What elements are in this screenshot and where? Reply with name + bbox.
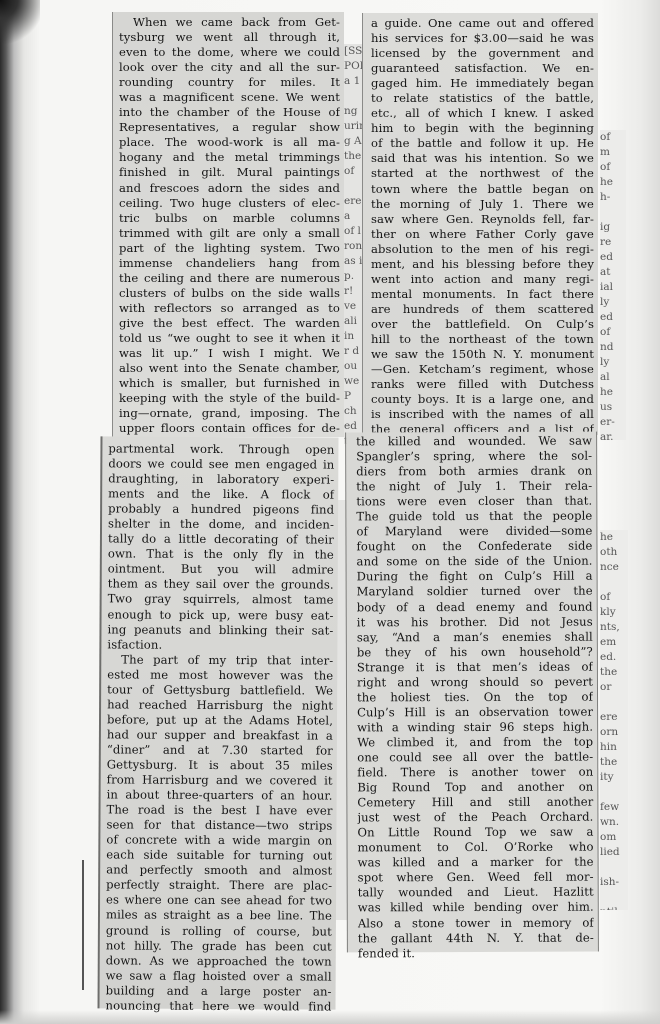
text-line: hill to the northeast of the town xyxy=(371,332,594,347)
text-line: and some on the side of the Union. xyxy=(357,554,593,570)
text-line: perfectly straight. There are plac- xyxy=(106,878,332,894)
clipping-bottom-right: the killed and wounded. We sawSpangler’s… xyxy=(345,432,599,953)
partial-clipping-fragment-right-bottom: heothnce ofklynts,emed.theor ereornhinth… xyxy=(600,530,628,910)
fragment-text: orn xyxy=(600,725,628,740)
text-line: The part of my trip that inter- xyxy=(107,652,333,668)
text-line: tour of Gettysburg battlefield. We xyxy=(107,682,333,698)
text-line: him to begin with the beginning xyxy=(371,121,594,136)
text-line: before, put up at the Adams Hotel, xyxy=(107,712,333,728)
text-line: gaged him. He immediately began xyxy=(371,76,594,91)
text-line: and frescoes adorn the sides and xyxy=(119,181,340,196)
text-line: right and wrong should so pevert xyxy=(357,674,593,690)
text-line: with reflectors so arranged as to xyxy=(119,301,340,316)
text-line: said that was his intention. So we xyxy=(371,151,594,166)
fragment-text: the xyxy=(600,665,628,680)
text-line: Gettysburg. It is about 35 miles xyxy=(107,757,333,773)
fragment-text: ng xyxy=(344,104,362,119)
text-line: ested me most however was the xyxy=(107,667,333,683)
text-line: of Maryland were divided—some xyxy=(356,524,592,540)
text-line: is inscribed with the names of all xyxy=(371,407,594,422)
fragment-text: [SSI xyxy=(344,44,362,59)
text-line: told us “we ought to see it when it xyxy=(119,331,340,346)
fragment-text xyxy=(600,575,628,590)
text-line: one could see all over the battle- xyxy=(357,750,593,766)
text-line: down. As we approached the town xyxy=(106,953,332,969)
fragment-text: ish- xyxy=(600,875,628,890)
text-line: saw where Gen. Reynolds fell, far- xyxy=(371,212,594,227)
fragment-text: lied xyxy=(600,845,628,860)
text-line: ther on where Father Corly gave xyxy=(371,227,594,242)
text-line: hogany and the metal trimmings xyxy=(119,150,340,165)
fragment-text: of xyxy=(600,160,626,175)
text-line: of the battle and follow it up. He xyxy=(371,136,594,151)
text-line: nouncing that here we would find xyxy=(105,998,331,1014)
text-line: upper floors contain offices for de- xyxy=(119,421,340,436)
text-line: to relate statistics of the battle, xyxy=(371,91,594,106)
fragment-text xyxy=(344,179,362,194)
text-line: tysburg we went all through it, xyxy=(119,30,340,45)
fragment-text: of xyxy=(600,325,626,340)
text-line: seen for that distance—two strips xyxy=(106,818,332,834)
fragment-text: p. xyxy=(344,269,362,284)
text-line: ment, and his blessing before they xyxy=(371,257,594,272)
fragment-text: h- xyxy=(600,190,626,205)
text-line: draughting, in laboratory experi- xyxy=(108,472,334,488)
text-line: went into action and many regi- xyxy=(371,272,594,287)
text-line: clusters of bulbs on the side walls xyxy=(119,286,340,301)
text-line: just west of the Peach Orchard. xyxy=(357,810,593,826)
text-line: Culp’s Hill is an observation tower xyxy=(357,704,593,720)
fragment-text: ali xyxy=(344,314,362,329)
fragment-text xyxy=(344,89,362,104)
text-line: “diner” and at 7.30 started for xyxy=(107,742,333,758)
text-line: etc., all of which I knew. I asked xyxy=(371,106,594,121)
text-line: During the fight on Culp’s Hill a xyxy=(357,569,593,585)
text-line: field. There is another tower on xyxy=(357,765,593,781)
text-line: Also a stone tower in memory of xyxy=(358,915,594,931)
text-line: had our supper and breakfast in a xyxy=(107,727,333,743)
text-line: partmental work. Through open xyxy=(108,441,334,457)
text-line: each side suitable for turning out xyxy=(106,848,332,864)
text-line: The road is the best I have ever xyxy=(107,803,333,819)
text-line: probably a hundred pigeons find xyxy=(108,502,334,518)
text-line: ointment. But you will admire xyxy=(108,562,334,578)
text-line: miles as straight as a bee line. The xyxy=(106,908,332,924)
text-line: which is smaller, but furnished in xyxy=(119,376,340,391)
fragment-text: of xyxy=(344,164,362,179)
text-line: we saw a flag hoisted over a small xyxy=(106,968,332,984)
text-line: it was his brother. Did not Jesus xyxy=(357,614,593,630)
partial-clipping-fragment-middle-top: [SSIPORTa 1 nguring Atheof ereaof lronas… xyxy=(344,44,362,444)
text-line: Cemetery Hill and still another xyxy=(357,795,593,811)
fragment-text: ly xyxy=(600,295,626,310)
text-line: Representatives, a regular show xyxy=(119,120,340,135)
text-line: the killed and wounded. We saw xyxy=(356,434,592,450)
fragment-text: at xyxy=(600,265,626,280)
text-line: with a winding stair 96 steps high. xyxy=(357,719,593,735)
text-line: shelter in the dome, and inciden- xyxy=(108,517,334,533)
fragment-text: nts, xyxy=(600,620,628,635)
text-line: the ceiling and there are numerous xyxy=(119,271,340,286)
text-line: Maryland soldier turned over the xyxy=(357,584,593,600)
fragment-text: ere xyxy=(344,194,362,209)
text-line: was killed while bending over him. xyxy=(358,900,594,916)
fragment-text: PORT xyxy=(344,59,362,74)
text-line: them as they sail over the grounds. xyxy=(108,577,334,593)
text-line: his services for $3.00—said he was xyxy=(371,31,594,46)
fragment-text: ig xyxy=(600,220,626,235)
text-line: look over the city and all the sur- xyxy=(119,60,340,75)
text-line: had reached Harrisburg the night xyxy=(107,697,333,713)
fragment-text xyxy=(600,205,626,220)
fragment-text: ve xyxy=(344,299,362,314)
binding-edge xyxy=(82,860,84,990)
text-line: not hilly. The grade has been cut xyxy=(106,938,332,954)
text-line: diers from both armies drank on xyxy=(356,464,592,480)
text-line: Spangler’s spring, where the sol- xyxy=(356,449,592,465)
text-line: ground is rolling of course, but xyxy=(106,923,332,939)
fragment-text: oth xyxy=(600,545,628,560)
text-line: ing—ornate, grand, imposing. The xyxy=(119,406,340,421)
fragment-text: few xyxy=(600,800,628,815)
text-line: part of the lighting system. Two xyxy=(119,241,340,256)
text-line: say, “And a man’s enemies shall xyxy=(357,629,593,645)
text-line: —Gen. Ketcham’s regiment, whose xyxy=(371,362,594,377)
text-line: started at the northwest of the xyxy=(371,166,594,181)
fragment-text: om xyxy=(600,830,628,845)
text-line: into the chamber of the House of xyxy=(119,105,340,120)
fragment-text: al xyxy=(600,370,626,385)
fragment-text: he xyxy=(600,530,628,545)
text-line: county boys. It is a large one, and xyxy=(371,392,594,407)
text-line: and perfectly smooth and almost xyxy=(106,863,332,879)
fragment-text: r d xyxy=(344,344,362,359)
text-line: tions were even closer than that. xyxy=(356,494,592,510)
text-line: place. The wood-work is all ma- xyxy=(119,135,340,150)
text-line: Big Round Top and another on xyxy=(357,780,593,796)
text-line: fended it. xyxy=(358,945,594,961)
fragment-text: of xyxy=(600,590,628,605)
text-line: keeping with the style of the build- xyxy=(119,391,340,406)
fragment-text: urin xyxy=(344,119,362,134)
fragment-text: ar. xyxy=(600,430,626,440)
text-line: the gallant 44th N. Y. that de- xyxy=(358,930,594,946)
text-line: finished in gilt. Mural paintings xyxy=(119,165,340,180)
fragment-text: a xyxy=(344,209,362,224)
text-line: was killed and a marker for the xyxy=(358,855,594,871)
text-line: enough to pick up, were busy eat- xyxy=(108,607,334,623)
text-line: tric bulbs on marble columns xyxy=(119,211,340,226)
text-line: a guide. One came out and offered xyxy=(371,16,594,31)
text-line: give the best effect. The warden xyxy=(119,316,340,331)
fragment-text: ed xyxy=(600,250,626,265)
fragment-text: of xyxy=(600,130,626,145)
text-line: also went into the Senate chamber, xyxy=(119,361,340,376)
text-line: ceiling. Two huge clusters of elec- xyxy=(119,196,340,211)
fragment-text xyxy=(600,890,628,905)
fragment-text: ed. xyxy=(600,650,628,665)
fragment-text: P xyxy=(344,389,362,404)
fragment-text: wn. xyxy=(600,815,628,830)
fragment-text: in xyxy=(344,329,362,344)
partial-clipping-fragment-right-top: ofmofheh- igreedatiallyedofndlyalheuser-… xyxy=(600,130,626,440)
text-line: even to the dome, where we could xyxy=(119,45,340,60)
text-line: ranks were filled with Dutchess xyxy=(371,377,594,392)
fragment-text: of l xyxy=(344,224,362,239)
fragment-text: ial xyxy=(600,280,626,295)
text-line: was a magnificent scene. We went xyxy=(119,90,340,105)
fragment-text: er- xyxy=(600,415,626,430)
text-line: ing peanuts and blinking their sat- xyxy=(107,622,333,638)
text-line: be they of his own household”? xyxy=(357,644,593,660)
fragment-text xyxy=(600,695,628,710)
text-line: ments and the like. A flock of xyxy=(108,487,334,503)
text-line: own. That is the only fly in the xyxy=(108,547,334,563)
fragment-text: or xyxy=(600,680,628,695)
fragment-text: em xyxy=(600,635,628,650)
fragment-text: he xyxy=(600,385,626,400)
text-line: fought on the Confederate side xyxy=(356,539,592,555)
fragment-text xyxy=(600,860,628,875)
fragment-text: m xyxy=(600,145,626,160)
fragment-text: ch xyxy=(344,404,362,419)
text-line: are hundreds of them scattered xyxy=(371,302,594,317)
text-line: was lit up.” I wish I might. We xyxy=(119,346,340,361)
text-line: mental monuments. In fact there xyxy=(371,287,594,302)
text-line: monument to Col. O’Rorke who xyxy=(358,840,594,856)
clipping-top-right: a guide. One came out and offeredhis ser… xyxy=(362,13,598,435)
text-line: We climbed it, and from the top xyxy=(357,735,593,751)
fragment-text: nd xyxy=(600,340,626,355)
text-line: es where one can see ahead for two xyxy=(106,893,332,909)
text-line: spot where Gen. Weed fell mor- xyxy=(358,870,594,886)
fragment-text: ly xyxy=(600,355,626,370)
fragment-text: nce xyxy=(600,560,628,575)
fragment-text: we xyxy=(344,374,362,389)
text-line: immense chandeliers hang from xyxy=(119,256,340,271)
clipping-top-left: When we came back from Get-tysburg we we… xyxy=(112,12,344,437)
fragment-text: r! xyxy=(344,284,362,299)
text-line: isfaction. xyxy=(107,637,333,653)
fragment-text: ou xyxy=(344,359,362,374)
text-line: tally wounded and Lieut. Hazlitt xyxy=(358,885,594,901)
text-line: building and a large poster an- xyxy=(106,983,332,999)
text-line: from Harrisburg and we covered it xyxy=(107,772,333,788)
text-line: the morning of July 1. There we xyxy=(371,197,594,212)
fragment-text xyxy=(600,785,628,800)
fragment-text: kly xyxy=(600,605,628,620)
fragment-text: ntil xyxy=(600,905,628,910)
fragment-text: he xyxy=(600,175,626,190)
text-line: absolution to the men of his regi- xyxy=(371,242,594,257)
fragment-text: hin xyxy=(600,740,628,755)
text-line: Strange it is that men’s ideas of xyxy=(357,659,593,675)
text-line: body of a dead enemy and found xyxy=(357,599,593,615)
fragment-text: us xyxy=(600,400,626,415)
text-line: tally do a little decorating of their xyxy=(108,532,334,548)
text-line: On Little Round Top we saw a xyxy=(357,825,593,841)
fragment-text: a 1 xyxy=(344,74,362,89)
text-line: trimmed with gilt are only a small xyxy=(119,226,340,241)
fragment-text: ron xyxy=(344,239,362,254)
fragment-text: ed xyxy=(600,310,626,325)
text-line: doors we could see men engaged in xyxy=(108,456,334,472)
fragment-text: the xyxy=(600,755,628,770)
text-line: When we came back from Get- xyxy=(119,15,340,30)
text-line: over the battlefield. On Culp’s xyxy=(371,317,594,332)
text-line: Two gray squirrels, almost tame xyxy=(108,592,334,608)
text-line: town where the battle began on xyxy=(371,182,594,197)
text-line: The guide told us that the people xyxy=(356,509,592,525)
fragment-text: re xyxy=(600,235,626,250)
text-line: the night of July 1. Their rela- xyxy=(356,479,592,495)
clipping-bottom-left: partmental work. Through opendoors we co… xyxy=(98,436,339,1009)
text-line: we saw the 150th N. Y. monument xyxy=(371,347,594,362)
text-line: rounding country for miles. It xyxy=(119,75,340,90)
fragment-text: the xyxy=(344,149,362,164)
text-line: the holiest ties. On the top of xyxy=(357,689,593,705)
fragment-text: ity xyxy=(600,770,628,785)
fragment-text: g A xyxy=(344,134,362,149)
text-line: in about three-quarters of an hour. xyxy=(107,787,333,803)
text-line: guaranteed satisfaction. We en- xyxy=(371,61,594,76)
fragment-text: as i xyxy=(344,254,362,269)
text-line: licensed by the government and xyxy=(371,46,594,61)
text-line: of concrete with a wide margin on xyxy=(106,833,332,849)
fragment-text: ere xyxy=(600,710,628,725)
